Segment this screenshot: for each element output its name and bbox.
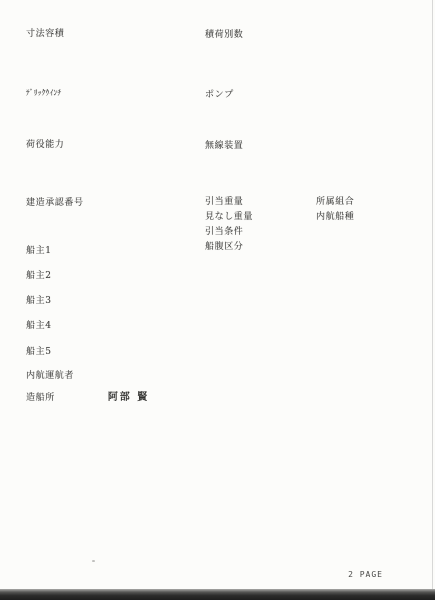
field-label-radio-equipment: 無線装置 xyxy=(205,138,243,151)
field-label-owner-1: 船主1 xyxy=(26,243,52,256)
field-label-owner-2: 船主2 xyxy=(26,268,52,281)
field-label-pump: ポンプ xyxy=(205,87,234,100)
field-label-construction-approval-number: 建造承認番号 xyxy=(26,195,84,208)
field-label-shipyard: 造船所 xyxy=(26,390,55,403)
field-label-hull-classification: 船腹区分 xyxy=(205,239,253,252)
field-label-affiliated-union: 所属組合 xyxy=(316,194,354,207)
field-label-coastal-ship-type: 内航船種 xyxy=(316,209,354,222)
field-label-owner-4: 船主4 xyxy=(26,318,52,331)
field-label-allotment-conditions: 引当条件 xyxy=(205,224,253,237)
scan-speck xyxy=(92,560,95,562)
field-label-deemed-weight: 見なし重量 xyxy=(205,209,253,222)
field-label-derrick-winch: ﾃﾞﾘｯｸｳｲﾝﾁ xyxy=(26,87,61,98)
scan-bottom-bar xyxy=(0,589,435,600)
page-number: 2 PAGE xyxy=(348,570,383,579)
field-label-owner-3: 船主3 xyxy=(26,293,52,306)
field-label-cargo-handling-capacity: 荷役能力 xyxy=(26,137,64,150)
shipyard-row: 造船所 阿部 賢 xyxy=(26,388,149,403)
affiliation-block: 所属組合 内航船種 xyxy=(316,194,354,222)
scan-edge-line xyxy=(432,0,433,589)
field-label-owner-5: 船主5 xyxy=(26,344,52,357)
field-label-coastal-operator: 内航運航者 xyxy=(26,368,74,381)
shipyard-value: 阿部 賢 xyxy=(108,388,149,403)
document-page: 寸法容積 積荷別数 ﾃﾞﾘｯｸｳｲﾝﾁ ポンプ 荷役能力 無線装置 建造承認番号… xyxy=(0,0,435,600)
field-label-dimensions-volume: 寸法容積 xyxy=(26,26,64,39)
field-label-cargo-by-type: 積荷別数 xyxy=(205,27,243,40)
field-label-allotted-weight: 引当重量 xyxy=(205,194,253,207)
allotment-block: 引当重量 見なし重量 引当条件 船腹区分 xyxy=(205,194,253,252)
